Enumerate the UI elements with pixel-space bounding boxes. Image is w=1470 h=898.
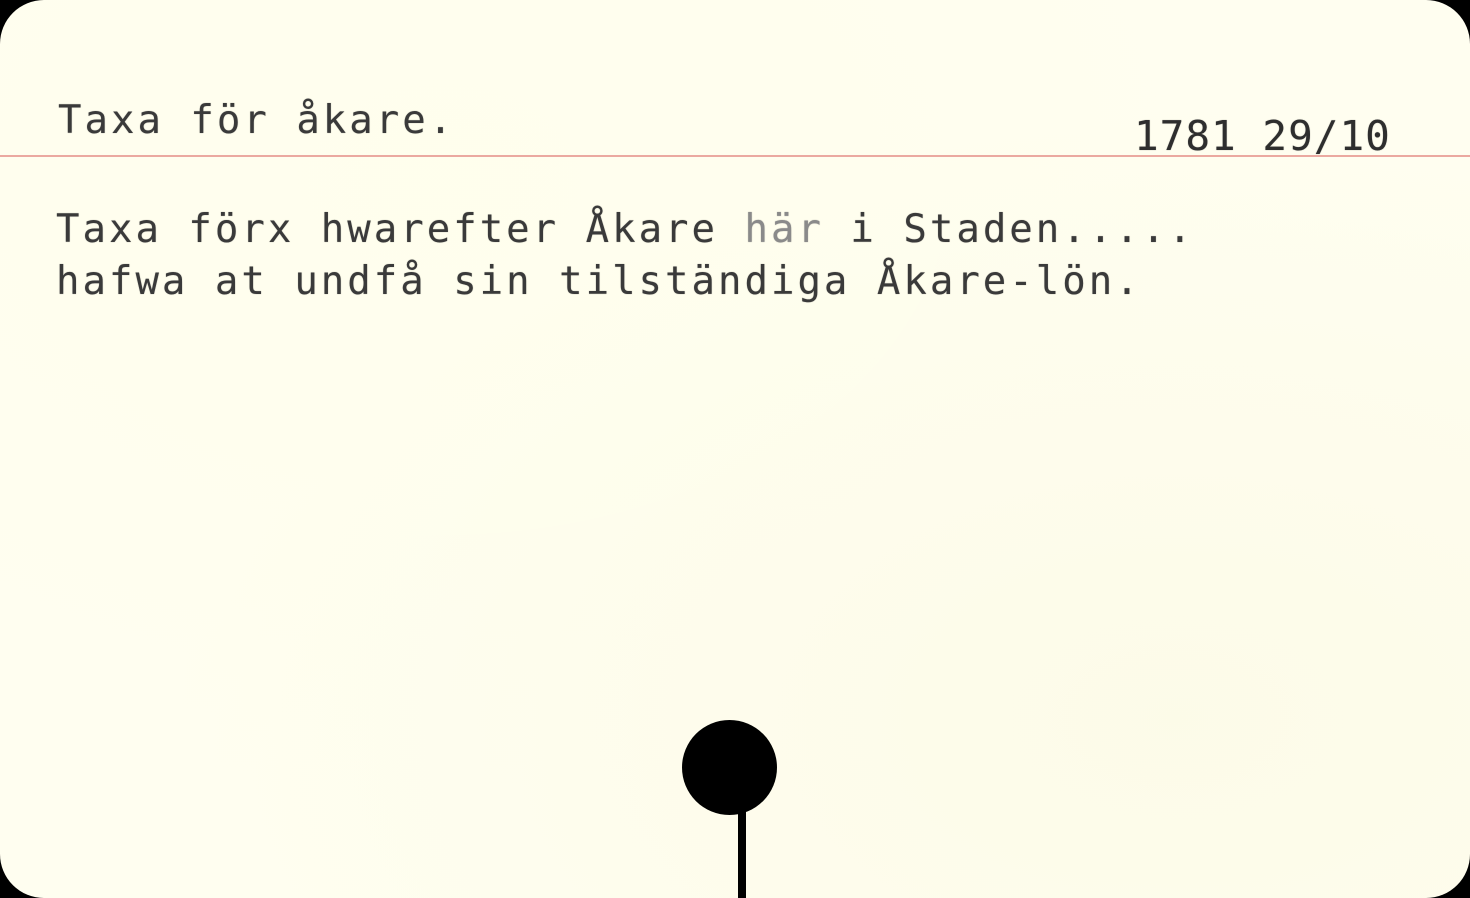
index-card: Taxa för åkare. 1781 29/10 Taxa förx hwa… (0, 0, 1470, 898)
body-line-2: hafwa at undfå sin tilständiga Åkare-lön… (56, 259, 1142, 304)
faded-word: här (718, 207, 824, 252)
punch-hole (682, 720, 777, 815)
card-heading: Taxa för åkare. (58, 98, 455, 143)
body-text: hwarefter Åkare (294, 207, 718, 252)
red-ruled-line (0, 155, 1470, 157)
body-text-prefix: Taxa (56, 207, 188, 252)
card-date: 1781 29/10 (1134, 112, 1391, 160)
struck-out-word: förx (188, 207, 294, 252)
body-line-1: Taxa förx hwarefter Åkare här i Staden..… (56, 207, 1195, 252)
punch-slot (738, 810, 746, 898)
body-text-end: i Staden..... (824, 207, 1195, 252)
